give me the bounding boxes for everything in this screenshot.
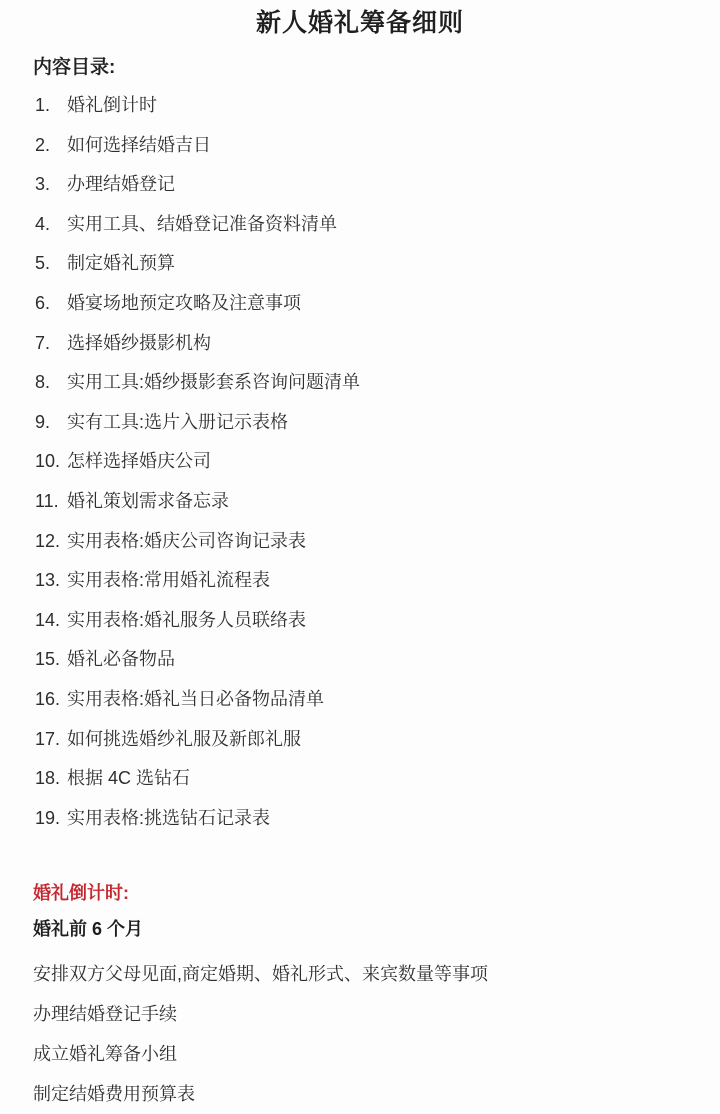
toc-item-text: 实用表格:常用婚礼流程表 bbox=[67, 570, 270, 590]
toc-item-text: 婚礼倒计时 bbox=[67, 95, 157, 115]
toc-item-number: 14. bbox=[35, 601, 67, 641]
document-page: 新人婚礼筹备细则 内容目录: 1.婚礼倒计时 2.如何选择结婚吉日 3.办理结婚… bbox=[0, 0, 720, 1114]
toc-item: 4.实用工具、结婚登记准备资料清单 bbox=[35, 205, 720, 245]
toc-item-text: 实用工具:婚纱摄影套系咨询问题清单 bbox=[67, 372, 360, 392]
toc-item-text: 实用表格:挑选钻石记录表 bbox=[67, 808, 270, 828]
body-line: 成立婚礼筹备小组 bbox=[33, 1034, 720, 1074]
toc-item-number: 10. bbox=[35, 442, 67, 482]
section-heading-countdown: 婚礼倒计时: bbox=[33, 883, 720, 904]
body-line: 制定结婚费用预算表 bbox=[33, 1074, 720, 1114]
page-title: 新人婚礼筹备细则 bbox=[0, 0, 720, 38]
toc-item: 8.实用工具:婚纱摄影套系咨询问题清单 bbox=[35, 363, 720, 403]
toc-item: 17.如何挑选婚纱礼服及新郎礼服 bbox=[35, 720, 720, 760]
toc-item: 1.婚礼倒计时 bbox=[35, 86, 720, 126]
toc-item: 3.办理结婚登记 bbox=[35, 165, 720, 205]
toc-item: 16.实用表格:婚礼当日必备物品清单 bbox=[35, 680, 720, 720]
toc-item: 18.根据 4C 选钻石 bbox=[35, 759, 720, 799]
toc-item-text: 实用工具、结婚登记准备资料清单 bbox=[67, 214, 337, 234]
toc-item-number: 12. bbox=[35, 522, 67, 562]
toc-item: 10.怎样选择婚庆公司 bbox=[35, 442, 720, 482]
toc-item-number: 6. bbox=[35, 284, 67, 324]
toc-item-number: 17. bbox=[35, 720, 67, 760]
toc-item-text: 婚宴场地预定攻略及注意事项 bbox=[67, 293, 301, 313]
toc-item: 6.婚宴场地预定攻略及注意事项 bbox=[35, 284, 720, 324]
toc-item-text: 如何挑选婚纱礼服及新郎礼服 bbox=[67, 729, 301, 749]
toc-item: 9.实有工具:选片入册记示表格 bbox=[35, 403, 720, 443]
toc-item-number: 1. bbox=[35, 86, 67, 126]
toc-item: 13.实用表格:常用婚礼流程表 bbox=[35, 561, 720, 601]
toc-item-text: 选择婚纱摄影机构 bbox=[67, 333, 211, 353]
toc-item: 12.实用表格:婚庆公司咨询记录表 bbox=[35, 522, 720, 562]
toc-item-number: 5. bbox=[35, 244, 67, 284]
toc-item: 15.婚礼必备物品 bbox=[35, 640, 720, 680]
toc-item-number: 3. bbox=[35, 165, 67, 205]
toc-item-text: 制定婚礼预算 bbox=[67, 253, 175, 273]
toc-item-number: 19. bbox=[35, 799, 67, 839]
toc-item-number: 4. bbox=[35, 205, 67, 245]
toc-item: 7.选择婚纱摄影机构 bbox=[35, 324, 720, 364]
toc-heading: 内容目录: bbox=[33, 57, 720, 79]
toc-item-number: 15. bbox=[35, 640, 67, 680]
toc-item: 11.婚礼策划需求备忘录 bbox=[35, 482, 720, 522]
toc-item-text: 婚礼必备物品 bbox=[67, 649, 175, 669]
toc-item-number: 8. bbox=[35, 363, 67, 403]
body-line: 办理结婚登记手续 bbox=[33, 994, 720, 1034]
toc-item: 14.实用表格:婚礼服务人员联络表 bbox=[35, 601, 720, 641]
toc-item-number: 16. bbox=[35, 680, 67, 720]
toc-item-number: 2. bbox=[35, 126, 67, 166]
section-subheading-6-months: 婚礼前 6 个月 bbox=[33, 919, 720, 940]
toc-item-text: 怎样选择婚庆公司 bbox=[67, 451, 211, 471]
body-line: 安排双方父母见面,商定婚期、婚礼形式、来宾数量等事项 bbox=[33, 954, 720, 994]
toc-item-text: 实用表格:婚礼服务人员联络表 bbox=[67, 610, 306, 630]
toc-item-text: 婚礼策划需求备忘录 bbox=[67, 491, 229, 511]
toc-item-number: 18. bbox=[35, 759, 67, 799]
toc-item-text: 实用表格:婚礼当日必备物品清单 bbox=[67, 689, 324, 709]
toc-item-number: 9. bbox=[35, 403, 67, 443]
toc-item-text: 办理结婚登记 bbox=[67, 174, 175, 194]
toc-item-number: 13. bbox=[35, 561, 67, 601]
toc-item-number: 7. bbox=[35, 324, 67, 364]
section-body: 安排双方父母见面,商定婚期、婚礼形式、来宾数量等事项 办理结婚登记手续 成立婚礼… bbox=[0, 954, 720, 1114]
toc-item-number: 11. bbox=[35, 482, 67, 522]
toc-item-text: 实有工具:选片入册记示表格 bbox=[67, 412, 288, 432]
toc-item-text: 根据 4C 选钻石 bbox=[67, 768, 190, 788]
toc-list: 1.婚礼倒计时 2.如何选择结婚吉日 3.办理结婚登记 4.实用工具、结婚登记准… bbox=[35, 86, 720, 838]
toc-item: 5.制定婚礼预算 bbox=[35, 244, 720, 284]
toc-item-text: 实用表格:婚庆公司咨询记录表 bbox=[67, 531, 306, 551]
toc-item: 19.实用表格:挑选钻石记录表 bbox=[35, 799, 720, 839]
toc-item-text: 如何选择结婚吉日 bbox=[67, 135, 211, 155]
toc-item: 2.如何选择结婚吉日 bbox=[35, 126, 720, 166]
